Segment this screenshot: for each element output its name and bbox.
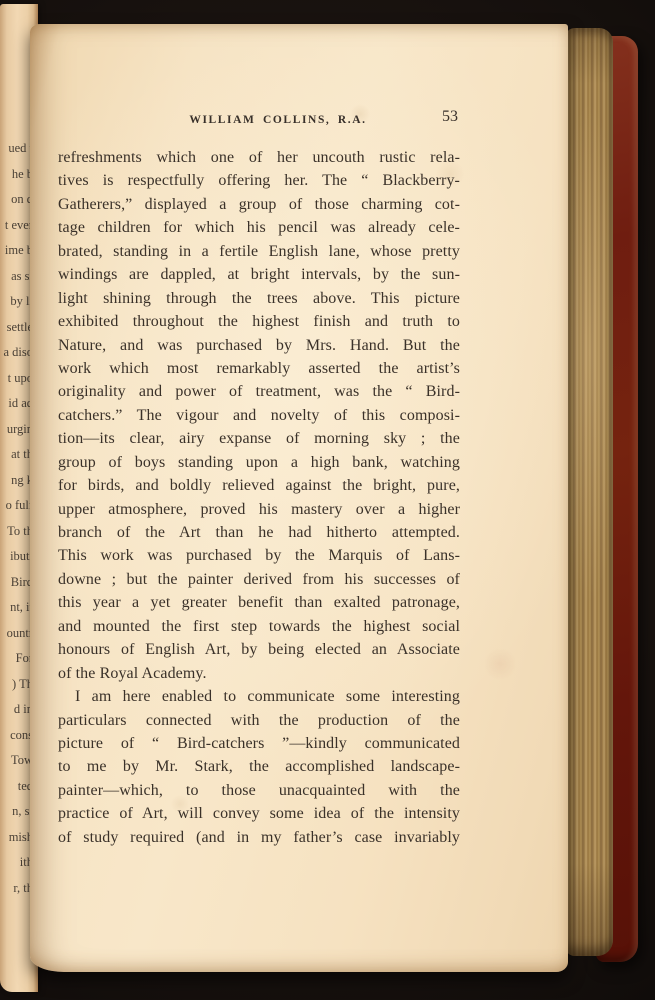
book-page: WILLIAM COLLINS, R.A. 53 refreshments wh…: [30, 24, 568, 972]
page-number: 53: [442, 108, 458, 126]
text-line: this year a yet greater benefit than exa…: [58, 591, 460, 614]
text-line: group of boys standing upon a high bank,…: [58, 451, 460, 474]
text-line: to me by Mr. Stark, the accomplished lan…: [58, 755, 460, 778]
text-line: of the Royal Academy.: [58, 662, 460, 685]
verso-line-fragment: r, th: [0, 876, 33, 902]
page-stack-fore-edge: [565, 28, 613, 956]
verso-line-fragment: by li: [0, 289, 33, 315]
verso-line-fragment: For: [0, 646, 33, 672]
verso-line-fragment: at th: [0, 442, 33, 468]
text-line: painter—which, to those unacquainted wit…: [58, 779, 460, 802]
text-line: originality and power of treatment, was …: [58, 380, 460, 403]
verso-line-fragment: Tow: [0, 748, 33, 774]
verso-line-fragment: id ad: [0, 391, 33, 417]
text-line: Nature, and was purchased by Mrs. Hand. …: [58, 334, 460, 357]
verso-line-fragment: ime b: [0, 238, 33, 264]
verso-line-fragment: ted: [0, 774, 33, 800]
verso-line-fragment: ) Th: [0, 672, 33, 698]
text-line: upper atmosphere, proved his mastery ove…: [58, 498, 460, 521]
text-line: tives is respectfully offering her. The …: [58, 169, 460, 192]
verso-line-fragment: urgin: [0, 417, 33, 443]
book-photo-scene: ued the bon dt everime bas siby lisettle…: [0, 0, 655, 1000]
text-line: of study required (and in my father’s ca…: [58, 826, 460, 849]
text-block: WILLIAM COLLINS, R.A. 53 refreshments wh…: [58, 110, 460, 849]
verso-line-fragment: as si: [0, 264, 33, 290]
text-line: refreshments which one of her uncouth ru…: [58, 146, 460, 169]
verso-line-fragment: o fulf: [0, 493, 33, 519]
header-title: WILLIAM COLLINS, R.A.: [189, 114, 366, 126]
verso-line-fragment: settle: [0, 315, 33, 341]
text-line: brated, standing in a fertile English la…: [58, 240, 460, 263]
verso-line-fragment: t ever: [0, 213, 33, 239]
text-line: This work was purchased by the Marquis o…: [58, 544, 460, 567]
verso-line-fragment: ountr: [0, 621, 33, 647]
text-line: particulars connected with the productio…: [58, 709, 460, 732]
text-line: for birds, and boldly relieved against t…: [58, 474, 460, 497]
text-line: catchers.” The vigour and novelty of thi…: [58, 404, 460, 427]
text-line: branch of the Art than he had hitherto a…: [58, 521, 460, 544]
text-line: tage children for which his pencil was a…: [58, 216, 460, 239]
verso-line-fragment: ibuti: [0, 544, 33, 570]
body-text: refreshments which one of her uncouth ru…: [58, 146, 460, 849]
paragraph: refreshments which one of her uncouth ru…: [58, 146, 460, 685]
verso-line-fragment: ued t: [0, 136, 33, 162]
verso-line-fragment: d in: [0, 697, 33, 723]
verso-line-fragment: he b: [0, 162, 33, 188]
paragraph: I am here enabled to communicate some in…: [58, 685, 460, 849]
text-line: downe ; but the painter derived from his…: [58, 568, 460, 591]
verso-line-fragment: To th: [0, 519, 33, 545]
text-line: picture of “ Bird-catchers ”—kindly comm…: [58, 732, 460, 755]
verso-line-fragment: a diso: [0, 340, 33, 366]
text-line: honours of English Art, by being elected…: [58, 638, 460, 661]
verso-line-fragment: t upo: [0, 366, 33, 392]
verso-line-fragment: mish: [0, 825, 33, 851]
text-line: tion—its clear, airy expanse of morning …: [58, 427, 460, 450]
text-line: Gatherers,” displayed a group of those c…: [58, 193, 460, 216]
verso-line-fragment: cons: [0, 723, 33, 749]
text-line: windings are dappled, at bright interval…: [58, 263, 460, 286]
verso-line-fragment: n, si: [0, 799, 33, 825]
text-line: work which most remarkably asserted the …: [58, 357, 460, 380]
text-line: light shining through the trees above. T…: [58, 287, 460, 310]
verso-line-fragment: ith: [0, 850, 33, 876]
verso-text-fragments: ued the bon dt everime bas siby lisettle…: [0, 136, 33, 901]
verso-line-fragment: ng k: [0, 468, 33, 494]
text-line: and mounted the first step towards the h…: [58, 615, 460, 638]
running-header: WILLIAM COLLINS, R.A. 53: [58, 110, 460, 134]
text-line: practice of Art, will convey some idea o…: [58, 802, 460, 825]
text-line: exhibited throughout the highest finish …: [58, 310, 460, 333]
verso-line-fragment: on d: [0, 187, 33, 213]
text-line: I am here enabled to communicate some in…: [58, 685, 460, 708]
verso-line-fragment: nt, it: [0, 595, 33, 621]
verso-line-fragment: Bird: [0, 570, 33, 596]
